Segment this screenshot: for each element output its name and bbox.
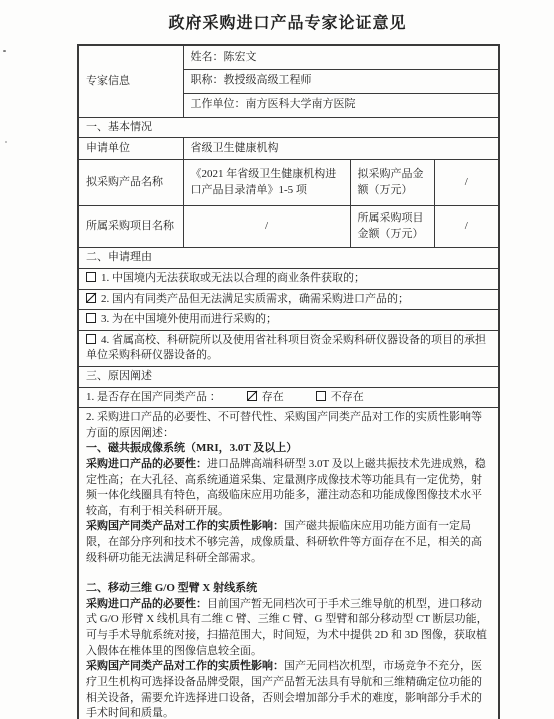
section-basic-row: 一、基本情况 [78, 117, 499, 138]
option-not-exists: 不存在 [316, 391, 364, 403]
project-row: 所属采购项目名称 / 所属采购项目金额（万元） / [78, 206, 499, 248]
checkbox-exists [247, 391, 257, 401]
section-explanation-row: 三、原因阐述 [78, 366, 499, 387]
block2-necessity: 采购进口产品的必要性：目前国产暂无同档次可于手术三维导航的机型，进口移动式 G/… [86, 597, 491, 659]
option-exists: 存在 [247, 391, 286, 403]
reason-item-row: 1. 中国境内无法获取或无法以合理的商业条件获取的； [78, 268, 499, 289]
project-name-value: / [183, 206, 350, 248]
reason-item-3: 3. 为在中国境外使用而进行采购的； [78, 310, 499, 331]
option-not-exists-label: 不存在 [331, 391, 364, 403]
applicant-row: 申请单位 省级卫生健康机构 [78, 138, 499, 160]
product-name-label: 拟采购产品名称 [78, 160, 183, 206]
section-reasons-title: 二、申请理由 [78, 248, 499, 269]
block1-necessity: 采购进口产品的必要性：进口品牌高端科研型 3.0T 及以上磁共振技术先进成熟，稳… [86, 457, 491, 519]
reason-item-row: 4. 省属高校、科研院所以及使用省社科项目资金采购科研仪器设备的项目的承担单位采… [78, 330, 499, 366]
block1-necessity-label: 采购进口产品的必要性： [86, 458, 207, 470]
product-name-value: 《2021 年省级卫生健康机构进口产品目录清单》1-5 项 [183, 160, 350, 206]
reason-item-1: 1. 中国境内无法获取或无法以合理的商业条件获取的； [78, 268, 499, 289]
domestic-product-question-text: 1. 是否存在国产同类产品 ： [86, 391, 221, 403]
reason-item-1-text: 1. 中国境内无法获取或无法以合理的商业条件获取的； [101, 272, 365, 284]
checkbox-reason-3 [86, 313, 96, 323]
reason-item-4: 4. 省属高校、科研院所以及使用省社科项目资金采购科研仪器设备的项目的承担单位采… [78, 330, 499, 366]
expert-employer-cell: 工作单位：南方医科大学南方医院 [183, 93, 499, 117]
explanation-body: 2. 采购进口产品的必要性、不可替代性、采购国产同类产品对工作的实质性影响等方面… [78, 408, 499, 719]
block1-heading: 一、磁共振成像系统（MRI，3.0T 及以上） [86, 441, 491, 457]
checkbox-reason-4 [86, 334, 96, 344]
reason-item-3-text: 3. 为在中国境外使用而进行采购的； [101, 313, 277, 325]
block2-heading: 二、移动三维 G/O 型臂 X 射线系统 [86, 581, 491, 597]
project-amount-label: 所属采购项目金额（万元） [350, 206, 434, 248]
product-amount-label: 拟采购产品金额（万元） [350, 160, 434, 206]
document-title: 政府采购进口产品专家论证意见 [77, 14, 498, 33]
reason-item-row: 2. 国内有同类产品但无法满足实质需求，确需采购进口产品的； [78, 289, 499, 310]
document-page: 政府采购进口产品专家论证意见 专家信息 姓名：陈宏文 职称：教授级高级工程师 工… [77, 14, 498, 719]
block1-impact: 采购国产同类产品对工作的实质性影响：国产磁共振临床应用功能方面有一定局限，在部分… [86, 519, 491, 566]
form-table: 专家信息 姓名：陈宏文 职称：教授级高级工程师 工作单位：南方医科大学南方医院 … [77, 44, 500, 719]
explanation-intro: 2. 采购进口产品的必要性、不可替代性、采购国产同类产品对工作的实质性影响等方面… [86, 410, 491, 441]
applicant-value: 省级卫生健康机构 [183, 138, 499, 160]
block1-impact-label: 采购国产同类产品对工作的实质性影响： [86, 520, 284, 532]
applicant-label: 申请单位 [78, 138, 183, 160]
scan-artifact [3, 50, 6, 52]
domestic-product-question-row: 1. 是否存在国产同类产品 ：存在不存在 [78, 387, 499, 408]
section-reasons-row: 二、申请理由 [78, 248, 499, 269]
reason-item-2: 2. 国内有同类产品但无法满足实质需求，确需采购进口产品的； [78, 289, 499, 310]
reason-item-2-text: 2. 国内有同类产品但无法满足实质需求，确需采购进口产品的； [101, 293, 409, 305]
explanation-body-row: 2. 采购进口产品的必要性、不可替代性、采购国产同类产品对工作的实质性影响等方面… [78, 408, 499, 719]
checkbox-not-exists [316, 391, 326, 401]
expert-name-cell: 姓名：陈宏文 [183, 45, 499, 69]
product-row: 拟采购产品名称 《2021 年省级卫生健康机构进口产品目录清单》1-5 项 拟采… [78, 160, 499, 206]
expert-name-row: 专家信息 姓名：陈宏文 [78, 45, 499, 69]
scan-artifact [5, 141, 7, 143]
block2-impact: 采购国产同类产品对工作的实质性影响：国产无同档次机型，市场竞争不充分，医疗卫生机… [86, 659, 491, 719]
expert-info-label: 专家信息 [78, 45, 183, 117]
project-name-label: 所属采购项目名称 [78, 206, 183, 248]
reason-item-4-text: 4. 省属高校、科研院所以及使用省社科项目资金采购科研仪器设备的项目的承担单位采… [86, 334, 486, 362]
product-amount-value: / [434, 160, 499, 206]
domestic-product-question: 1. 是否存在国产同类产品 ：存在不存在 [78, 387, 499, 408]
section-basic-title: 一、基本情况 [78, 117, 499, 138]
checkbox-reason-1 [86, 272, 96, 282]
reason-item-row: 3. 为在中国境外使用而进行采购的； [78, 310, 499, 331]
block2-impact-label: 采购国产同类产品对工作的实质性影响： [86, 660, 284, 672]
checkbox-reason-2 [86, 293, 96, 303]
project-amount-value: / [434, 206, 499, 248]
option-exists-label: 存在 [262, 391, 284, 403]
blank-line [86, 566, 491, 581]
section-explanation-title: 三、原因阐述 [78, 366, 499, 387]
expert-title-cell: 职称：教授级高级工程师 [183, 69, 499, 93]
block2-necessity-label: 采购进口产品的必要性： [86, 598, 207, 610]
